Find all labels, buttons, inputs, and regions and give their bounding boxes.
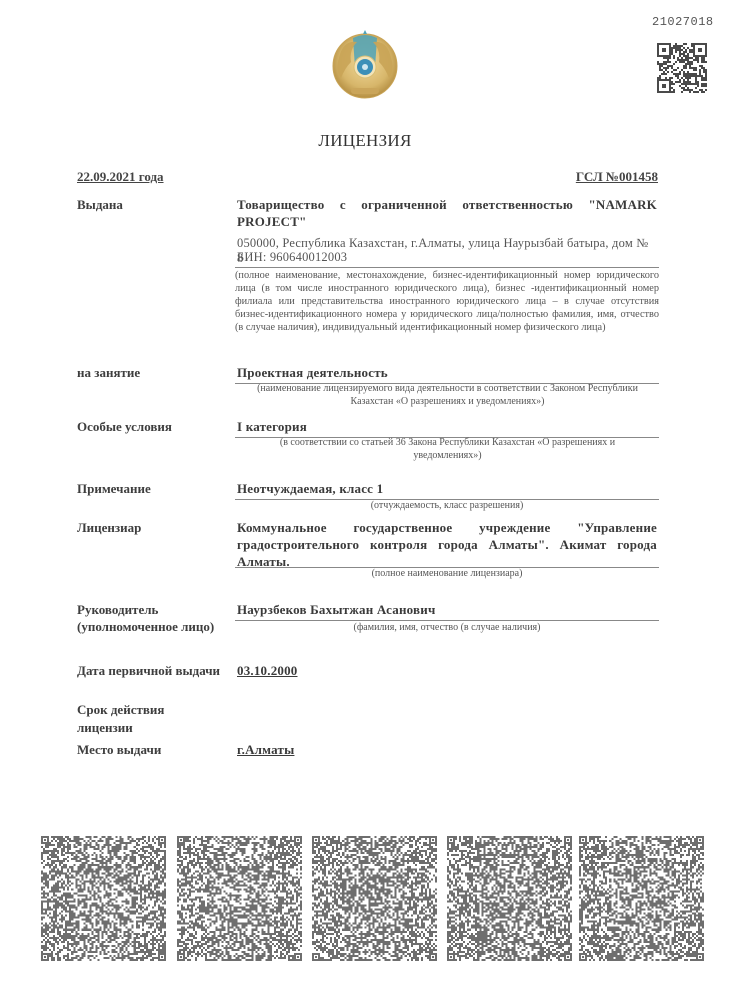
note-label: Примечание [77,480,151,497]
head-label: Руководитель (уполномоченное лицо) [77,601,214,635]
head-label-line1: Руководитель [77,601,214,618]
head-label-line2: (уполномоченное лицо) [77,618,214,635]
special-conditions-label: Особые условия [77,418,172,435]
special-conditions-value: I категория [237,418,657,435]
license-number: ГСЛ №001458 [576,169,658,185]
place-of-issue-label: Место выдачи [77,741,161,758]
validity-label-line2: лицензии [77,719,164,736]
note-hint: (отчуждаемость, класс разрешения) [235,499,659,512]
qr-code-icon [657,43,707,93]
special-conditions-hint: (в соответствии со статьей 36 Закона Рес… [255,436,640,462]
licensor-hint: (полное наименование лицензиара) [235,567,659,580]
licensor-label: Лицензиар [77,519,141,536]
issued-to-label: Выдана [77,196,123,213]
qr-code-3-icon [312,836,437,961]
qr-code-2-icon [177,836,302,961]
state-emblem-icon [329,28,401,102]
issued-to-rule [235,267,659,268]
issue-date: 22.09.2021 года [77,169,164,185]
place-of-issue-value: г.Алматы [237,741,294,758]
activity-label: на занятие [77,364,140,381]
licensor-value: Коммунальное государственное учреждение … [237,519,657,570]
issued-to-name: Товарищество с ограниченной ответственно… [237,196,657,230]
validity-label: Срок действия лицензии [77,701,164,736]
issued-to-hint: (полное наименование, местонахождение, б… [235,269,659,334]
qr-code-1-icon [41,836,166,961]
document-title: ЛИЦЕНЗИЯ [0,131,730,151]
first-issue-date-label: Дата первичной выдачи [77,662,220,679]
first-issue-date-value: 03.10.2000 [237,662,298,679]
issued-to-bin: БИН: 960640012003 [237,250,657,265]
activity-value: Проектная деятельность [237,364,657,381]
activity-hint: (наименование лицензируемого вида деятел… [255,382,640,408]
serial-number: 21027018 [652,15,714,29]
qr-code-5-icon [579,836,704,961]
head-hint: (фамилия, имя, отчество (в случае наличи… [235,621,659,634]
note-value: Неотчуждаемая, класс 1 [237,480,657,497]
qr-code-4-icon [447,836,572,961]
head-value: Наурзбеков Бахытжан Асанович [237,601,657,618]
validity-label-line1: Срок действия [77,701,164,718]
